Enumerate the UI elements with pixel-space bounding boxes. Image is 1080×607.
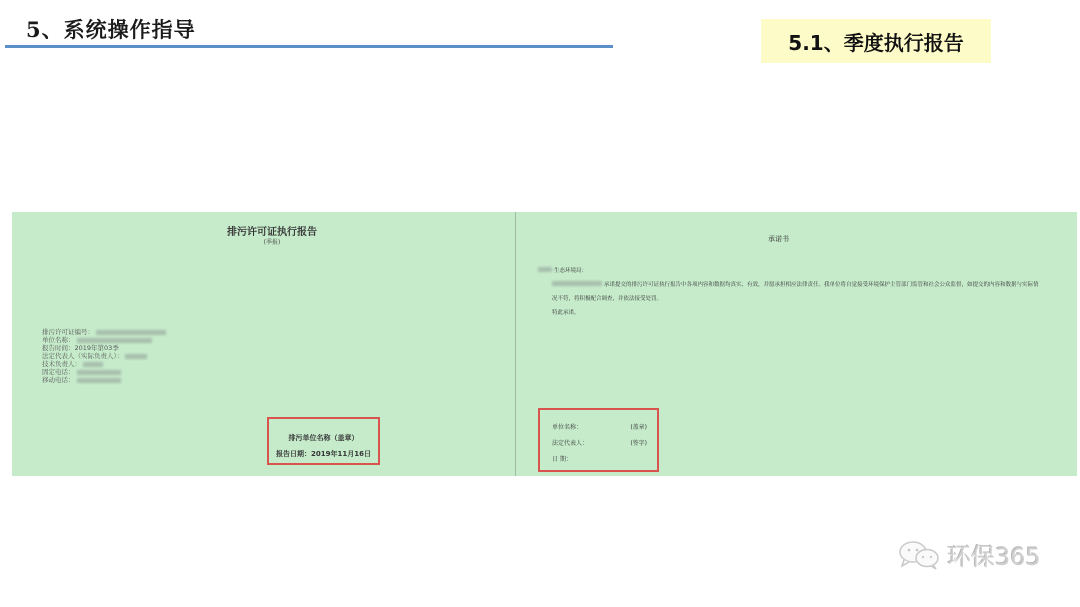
subsection-badge: 5.1、季度执行报告 (761, 19, 991, 63)
title-underline (5, 45, 613, 48)
field-landline: 固定电话： (42, 368, 166, 376)
stamp-unit-label: 排污单位名称（盖章） (269, 433, 378, 443)
field-legal-representative: 法定代表人（实际负责人）： (42, 352, 166, 360)
cover-title: 排污许可证执行报告 (202, 223, 342, 238)
redacted-value (125, 354, 147, 359)
pledge-closing: 特此承诺。 (538, 306, 1043, 320)
cover-info-list: 排污许可证编号： 单位名称： 报告时间：2019年第03季 法定代表人（实际负责… (42, 328, 166, 384)
subsection-title: 5.1、季度执行报告 (788, 27, 963, 56)
redacted-value (77, 378, 121, 383)
sign-representative-row: 法定代表人： (签字) (552, 438, 647, 447)
redacted-value (77, 370, 121, 375)
redacted-value (552, 281, 602, 286)
redacted-value (96, 330, 166, 335)
sign-unit-row: 单位名称： (盖章) (552, 422, 647, 431)
cover-stamp-highlight: 排污单位名称（盖章） 报告日期：2019年11月16日 (267, 417, 380, 465)
sign-date-row: 日 期： (552, 454, 647, 463)
redacted-value (77, 338, 152, 343)
watermark: 环保365 (897, 537, 1041, 572)
field-report-period: 报告时间：2019年第03季 (42, 344, 166, 352)
field-technical-lead: 技术负责人： (42, 360, 166, 368)
wechat-icon (897, 539, 943, 571)
field-mobile: 移动电话： (42, 376, 166, 384)
report-preview: 排污许可证执行报告 (季报) 排污许可证编号： 单位名称： 报告时间：2019年… (12, 212, 1077, 476)
redacted-value (83, 362, 103, 367)
field-permit-number: 排污许可证编号： (42, 328, 166, 336)
stamp-report-date: 报告日期：2019年11月16日 (269, 449, 378, 459)
page-divider (515, 212, 516, 476)
pledge-sign-highlight: 单位名称： (盖章) 法定代表人： (签字) 日 期： (538, 408, 659, 472)
section-title: 5、系统操作指导 (26, 14, 196, 44)
watermark-text: 环保365 (947, 537, 1041, 572)
pledge-body: 生态环境局： 承诺提交的排污许可证执行报告中各项内容和数据均真实、有效，并愿承担… (538, 264, 1043, 320)
redacted-value (538, 267, 552, 272)
pledge-greeting: 生态环境局： (538, 264, 1043, 278)
pledge-paragraph: 承诺提交的排污许可证执行报告中各项内容和数据均真实、有效，并愿承担相应法律责任。… (538, 278, 1043, 306)
cover-subtitle: (季报) (202, 237, 342, 246)
field-unit-name: 单位名称： (42, 336, 166, 344)
pledge-title: 承诺书 (768, 234, 789, 244)
